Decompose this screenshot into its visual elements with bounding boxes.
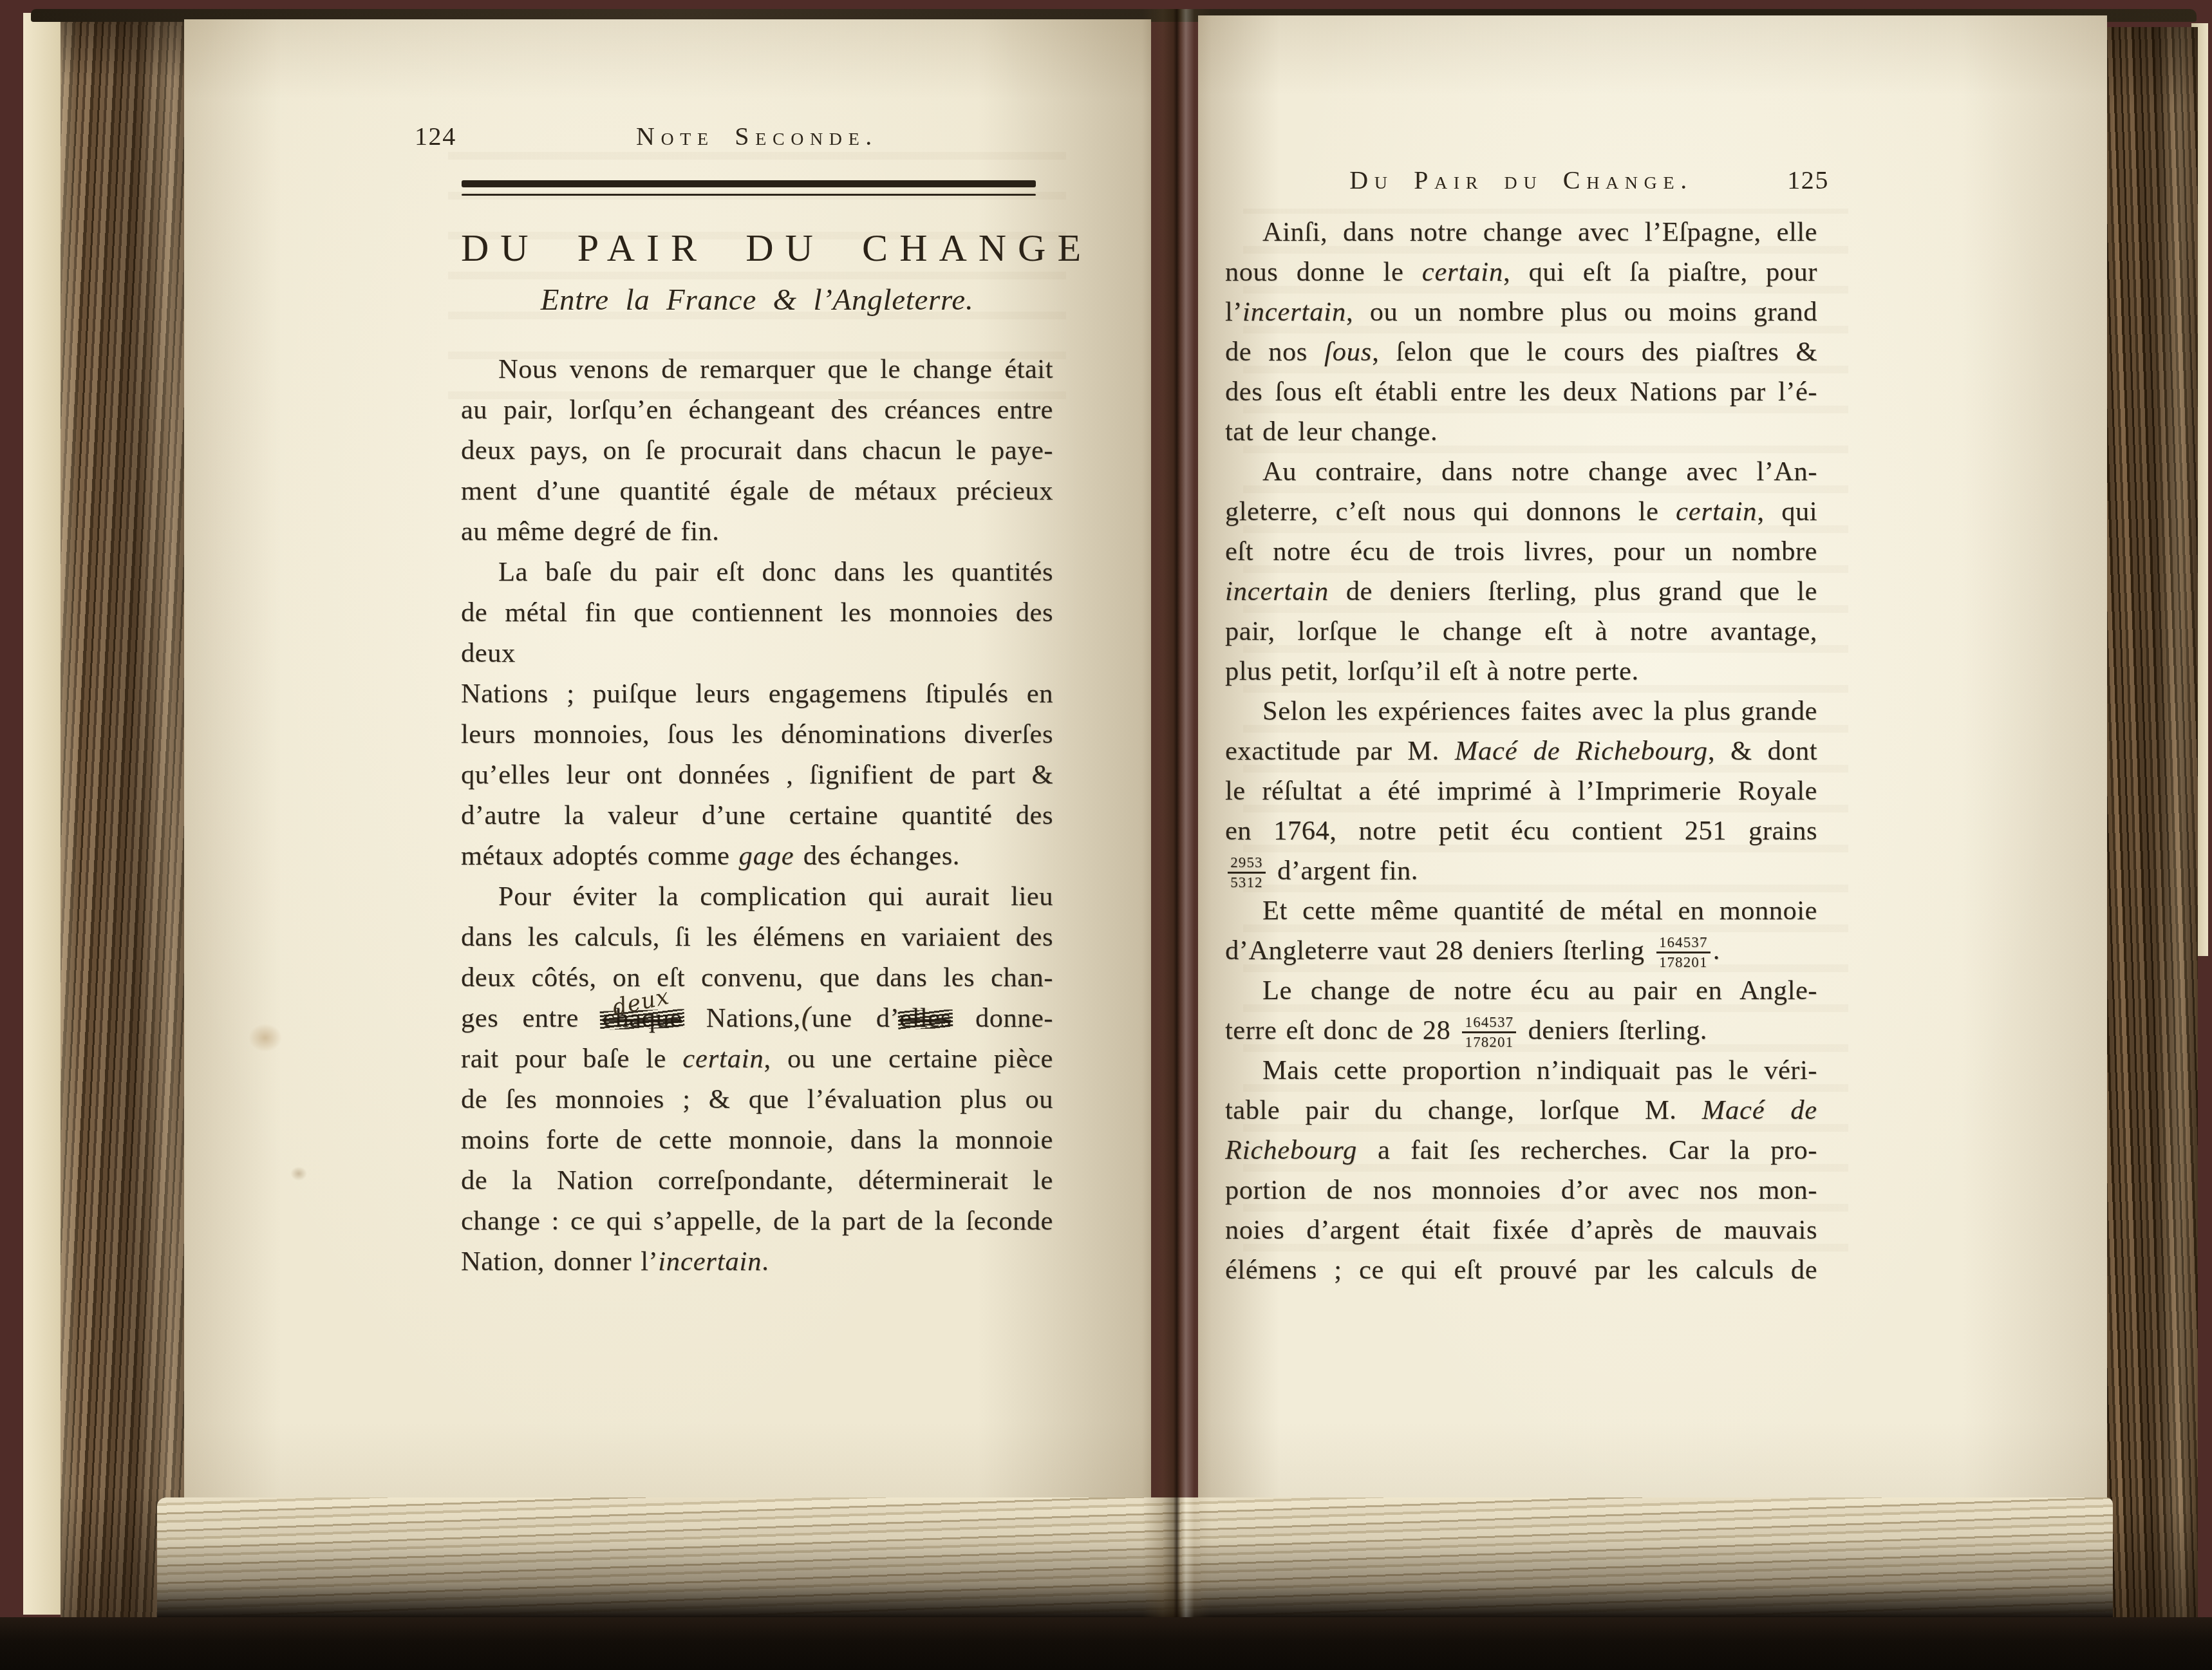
text-segment: Selon les expériences faites avec la plu… bbox=[1262, 696, 1817, 726]
italic-text: incertain bbox=[658, 1246, 762, 1277]
text-segment: métaux adoptés comme bbox=[461, 841, 739, 871]
text-segment: donne- bbox=[951, 1003, 1053, 1033]
fraction-denominator: 178201 bbox=[1656, 953, 1711, 971]
text-line: Pour éviter la complication qui aurait l… bbox=[461, 876, 1053, 917]
book-spread: 124 Note Seconde. DU PAIR DU CHANGE Entr… bbox=[23, 9, 2208, 1617]
text-segment: , ou un nombre plus ou moins grand bbox=[1346, 297, 1817, 327]
text-segment: Nation, donner l’ bbox=[461, 1246, 658, 1277]
text-line: tat de leur change. bbox=[1225, 412, 1817, 452]
text-segment: . bbox=[762, 1246, 769, 1277]
text-line: des ſous eſt établi entre les deux Natio… bbox=[1225, 372, 1817, 412]
text-segment: a fait ſes recherches. Car la pro- bbox=[1357, 1135, 1817, 1165]
italic-text: Richebourg bbox=[1225, 1135, 1357, 1165]
text-line: de la Nation correſpondante, déterminera… bbox=[461, 1160, 1053, 1201]
right-page-paragraphs: Ainſi, dans notre change avec l’Eſpagne,… bbox=[1225, 212, 1817, 1290]
text-line: deux côtés, on eſt convenu, que dans les… bbox=[461, 957, 1053, 998]
text-line: portion de nos monnoies d’or avec nos mo… bbox=[1225, 1170, 1817, 1210]
text-line: au pair, lorſqu’en échangeant des créanc… bbox=[461, 389, 1053, 430]
text-segment: moins forte de cette monnoie, dans la mo… bbox=[461, 1125, 1053, 1155]
text-line: incertain de deniers ſterling, plus gran… bbox=[1225, 572, 1817, 612]
text-line: Nous venons de remarquer que le change é… bbox=[461, 349, 1053, 389]
text-segment: le réſultat a été imprimé à l’Imprimerie… bbox=[1225, 776, 1817, 806]
left-page-paragraphs: Nous venons de remarquer que le change é… bbox=[461, 349, 1053, 1282]
text-segment: d’argent fin. bbox=[1268, 856, 1418, 886]
text-segment: deux pays, on ſe procurait dans chacun l… bbox=[461, 435, 1053, 465]
text-segment: une d’ bbox=[812, 1003, 900, 1033]
text-segment: deniers ſterling. bbox=[1519, 1015, 1707, 1046]
text-line: Nations ; puiſque leurs engagemens ſtipu… bbox=[461, 673, 1053, 714]
text-segment: change : ce qui s’appelle, de la part de… bbox=[461, 1206, 1053, 1236]
text-segment: Mais cette proportion n’indiquait pas le… bbox=[1262, 1055, 1817, 1085]
text-line: Mais cette proportion n’indiquait pas le… bbox=[1225, 1051, 1817, 1091]
book-cover-bottom bbox=[0, 1617, 2212, 1670]
text-segment: de la Nation correſpondante, déterminera… bbox=[461, 1165, 1053, 1196]
text-segment: plus petit, lorſqu’il eſt à notre perte. bbox=[1225, 656, 1639, 686]
text-segment: d’autre la valeur d’une certaine quantit… bbox=[461, 800, 1053, 830]
text-segment: , ſelon que le cours des piaſtres & bbox=[1372, 337, 1817, 367]
text-segment: , ou une certaine pièce bbox=[764, 1044, 1053, 1074]
paragraph: Mais cette proportion n’indiquait pas le… bbox=[1225, 1051, 1817, 1290]
text-segment: des ſous eſt établi entre les deux Natio… bbox=[1225, 377, 1817, 407]
text-line: Nation, donner l’incertain. bbox=[461, 1241, 1053, 1282]
text-line: au même degré de fin. bbox=[461, 511, 1053, 552]
text-line: ment d’une quantité égale de métaux préc… bbox=[461, 471, 1053, 511]
text-segment: de deniers ſterling, plus grand que le bbox=[1329, 576, 1817, 606]
text-line: moins forte de cette monnoie, dans la mo… bbox=[461, 1120, 1053, 1160]
fraction-numerator: 164537 bbox=[1656, 934, 1711, 953]
text-segment: Nations ; puiſque leurs engagemens ſtipu… bbox=[461, 679, 1053, 709]
handwritten-mark: ( bbox=[801, 1002, 812, 1034]
text-line: pair, lorſque le change eſt à notre avan… bbox=[1225, 612, 1817, 652]
text-segment: pair, lorſque le change eſt à notre avan… bbox=[1225, 616, 1817, 646]
page-header: 124 Note Seconde. bbox=[461, 121, 1053, 152]
italic-text: incertain bbox=[1242, 297, 1346, 327]
text-segment: Pour éviter la complication qui aurait l… bbox=[498, 881, 1053, 912]
text-segment: de métal fin que contiennent les monnoie… bbox=[461, 597, 1053, 668]
text-line: de métal fin que contiennent les monnoie… bbox=[461, 592, 1053, 673]
text-line: dans les calculs, ſi les élémens en vari… bbox=[461, 917, 1053, 957]
text-line: élémens ; ce qui eſt prouvé par les calc… bbox=[1225, 1250, 1817, 1290]
text-segment: dans les calculs, ſi les élémens en vari… bbox=[461, 922, 1053, 952]
text-line: 29535312 d’argent fin. bbox=[1225, 851, 1817, 891]
text-line: en 1764, notre petit écu contient 251 gr… bbox=[1225, 811, 1817, 851]
fraction: 164537178201 bbox=[1656, 934, 1711, 971]
text-line: l’incertain, ou un nombre plus ou moins … bbox=[1225, 292, 1817, 332]
paragraph: La baſe du pair eſt donc dans les quanti… bbox=[461, 552, 1053, 876]
text-line: gleterre, c’eſt nous qui donnons le cert… bbox=[1225, 492, 1817, 532]
text-line: eſt notre écu de trois livres, pour un n… bbox=[1225, 532, 1817, 572]
section-title: DU PAIR DU CHANGE bbox=[461, 225, 1053, 270]
page-edges-left bbox=[61, 17, 205, 1617]
fraction-denominator: 5312 bbox=[1228, 874, 1266, 891]
header-rule bbox=[462, 180, 1036, 196]
text-segment: ges entre bbox=[461, 1003, 603, 1033]
italic-text: certain bbox=[1676, 496, 1757, 527]
text-segment: de nos bbox=[1225, 337, 1324, 367]
text-segment: , qui bbox=[1757, 496, 1817, 527]
text-segment: terre eſt donc de 28 bbox=[1225, 1015, 1459, 1046]
text-segment: qu’elles leur ont données , ſignifient d… bbox=[461, 760, 1053, 790]
paper-stain bbox=[248, 1024, 282, 1052]
italic-text: incertain bbox=[1225, 576, 1329, 606]
text-line: ges entre chaquedeux Nations,(une d’elle… bbox=[461, 998, 1053, 1038]
rule-thick-line bbox=[462, 180, 1036, 187]
text-segment: deux côtés, on eſt convenu, que dans les… bbox=[461, 962, 1053, 993]
book-scan: { "colors":{"paper":"#efe8d2","ink":"#2e… bbox=[0, 0, 2212, 1670]
paragraph: Nous venons de remarquer que le change é… bbox=[461, 349, 1053, 552]
running-title: Du Pair du Change. bbox=[1225, 165, 1817, 196]
text-segment: l’ bbox=[1225, 297, 1242, 327]
text-segment: eſt notre écu de trois livres, pour un n… bbox=[1225, 536, 1817, 567]
paragraph: Et cette même quantité de métal en monno… bbox=[1225, 891, 1817, 971]
text-line: d’Angleterre vaut 28 deniers ſterling 16… bbox=[1225, 931, 1817, 971]
text-line: qu’elles leur ont données , ſignifient d… bbox=[461, 755, 1053, 795]
text-segment: rait pour baſe le bbox=[461, 1044, 682, 1074]
text-segment: leurs monnoies, ſous les dénominations d… bbox=[461, 719, 1053, 749]
page-124: 124 Note Seconde. DU PAIR DU CHANGE Entr… bbox=[184, 19, 1151, 1613]
text-segment: Nations, bbox=[682, 1003, 801, 1033]
text-segment: Le change de notre écu au pair en Angle- bbox=[1262, 975, 1817, 1006]
corrected-word: chaquedeux bbox=[603, 998, 682, 1038]
page-number: 125 bbox=[1787, 165, 1829, 196]
fraction: 164537178201 bbox=[1462, 1014, 1516, 1051]
section-subtitle: Entre la France & l’Angleterre. bbox=[461, 282, 1053, 318]
text-segment: au pair, lorſqu’en échangeant des créanc… bbox=[461, 395, 1053, 425]
text-line: Richebourg a fait ſes recherches. Car la… bbox=[1225, 1131, 1817, 1170]
text-segment: de ſes monnoies ; & que l’évaluation plu… bbox=[461, 1084, 1053, 1114]
text-line: nous donne le certain, qui eſt ſa piaſtr… bbox=[1225, 252, 1817, 292]
text-segment: , qui eſt ſa piaſtre, pour bbox=[1503, 257, 1817, 287]
text-segment: en 1764, notre petit écu contient 251 gr… bbox=[1225, 816, 1817, 846]
text-segment: exactitude par M. bbox=[1225, 736, 1455, 766]
text-line: d’autre la valeur d’une certaine quantit… bbox=[461, 795, 1053, 836]
text-segment: portion de nos monnoies d’or avec nos mo… bbox=[1225, 1175, 1817, 1205]
text-line: terre eſt donc de 28 164537178201 denier… bbox=[1225, 1011, 1817, 1051]
text-segment: nous donne le bbox=[1225, 257, 1422, 287]
text-line: leurs monnoies, ſous les dénominations d… bbox=[461, 714, 1053, 755]
text-line: plus petit, lorſqu’il eſt à notre perte. bbox=[1225, 652, 1817, 691]
text-line: Au contraire, dans notre change avec l’A… bbox=[1225, 452, 1817, 492]
fraction: 29535312 bbox=[1228, 854, 1266, 891]
page-edges-bottom bbox=[157, 1497, 2113, 1617]
paragraph: Ainſi, dans notre change avec l’Eſpagne,… bbox=[1225, 212, 1817, 452]
text-line: Le change de notre écu au pair en Angle- bbox=[1225, 971, 1817, 1011]
text-line: de ſes monnoies ; & que l’évaluation plu… bbox=[461, 1079, 1053, 1120]
text-segment: ment d’une quantité égale de métaux préc… bbox=[461, 476, 1053, 506]
text-segment: . bbox=[1713, 935, 1720, 966]
page-header: Du Pair du Change. 125 bbox=[1225, 165, 1817, 196]
text-line: Et cette même quantité de métal en monno… bbox=[1225, 891, 1817, 931]
text-line: Selon les expériences faites avec la plu… bbox=[1225, 691, 1817, 731]
text-segment: des échanges. bbox=[794, 841, 960, 871]
fraction-denominator: 178201 bbox=[1462, 1033, 1516, 1051]
fraction-numerator: 2953 bbox=[1228, 854, 1266, 874]
text-line: rait pour baſe le certain, ou une certai… bbox=[461, 1038, 1053, 1079]
italic-text: Macé de bbox=[1702, 1095, 1817, 1125]
text-segment: Au contraire, dans notre change avec l’A… bbox=[1262, 456, 1817, 487]
text-line: exactitude par M. Macé de Richebourg, & … bbox=[1225, 731, 1817, 771]
text-segment: élémens ; ce qui eſt prouvé par les calc… bbox=[1225, 1255, 1817, 1285]
paragraph: Au contraire, dans notre change avec l’A… bbox=[1225, 452, 1817, 691]
running-title: Note Seconde. bbox=[461, 121, 1053, 152]
text-segment: Nous venons de remarquer que le change é… bbox=[498, 354, 1053, 384]
page-125: Du Pair du Change. 125 Ainſi, dans notre… bbox=[1198, 15, 2107, 1613]
text-segment: , & dont bbox=[1708, 736, 1817, 766]
italic-text: gage bbox=[739, 841, 794, 871]
text-line: de nos ſous, ſelon que le cours des piaſ… bbox=[1225, 332, 1817, 372]
text-line: le réſultat a été imprimé à l’Imprimerie… bbox=[1225, 771, 1817, 811]
text-segment: gleterre, c’eſt nous qui donnons le bbox=[1225, 496, 1676, 527]
text-line: noies d’argent était fixée d’après de ma… bbox=[1225, 1210, 1817, 1250]
italic-text: certain bbox=[682, 1044, 764, 1074]
fraction-numerator: 164537 bbox=[1462, 1014, 1516, 1033]
paragraph: Selon les expériences faites avec la plu… bbox=[1225, 691, 1817, 891]
text-line: La baſe du pair eſt donc dans les quanti… bbox=[461, 552, 1053, 592]
text-line: métaux adoptés comme gage des échanges. bbox=[461, 836, 1053, 876]
text-segment: table pair du change, lorſque M. bbox=[1225, 1095, 1702, 1125]
italic-text: ſous bbox=[1324, 337, 1372, 367]
text-segment: noies d’argent était fixée d’après de ma… bbox=[1225, 1215, 1817, 1245]
text-segment: Ainſi, dans notre change avec l’Eſpagne,… bbox=[1262, 217, 1817, 247]
struck-word: elles bbox=[899, 998, 951, 1038]
text-line: Ainſi, dans notre change avec l’Eſpagne,… bbox=[1225, 212, 1817, 252]
text-segment: tat de leur change. bbox=[1225, 417, 1438, 447]
paragraph: Le change de notre écu au pair en Angle-… bbox=[1225, 971, 1817, 1051]
paper-stain bbox=[290, 1167, 307, 1181]
text-line: deux pays, on ſe procurait dans chacun l… bbox=[461, 430, 1053, 471]
rule-thin-line bbox=[462, 194, 1036, 196]
text-segment: Et cette même quantité de métal en monno… bbox=[1262, 896, 1817, 926]
text-segment: d’Angleterre vaut 28 deniers ſterling bbox=[1225, 935, 1654, 966]
page-edges-right bbox=[2096, 27, 2198, 1617]
italic-text: Macé de Richebourg bbox=[1455, 736, 1708, 766]
text-segment: La baſe du pair eſt donc dans les quanti… bbox=[498, 557, 1053, 587]
paragraph: Pour éviter la complication qui aurait l… bbox=[461, 876, 1053, 1282]
text-line: table pair du change, lorſque M. Macé de bbox=[1225, 1091, 1817, 1131]
page-number: 124 bbox=[415, 121, 456, 152]
text-line: change : ce qui s’appelle, de la part de… bbox=[461, 1201, 1053, 1241]
text-segment: au même degré de fin. bbox=[461, 516, 719, 547]
italic-text: certain bbox=[1422, 257, 1503, 287]
